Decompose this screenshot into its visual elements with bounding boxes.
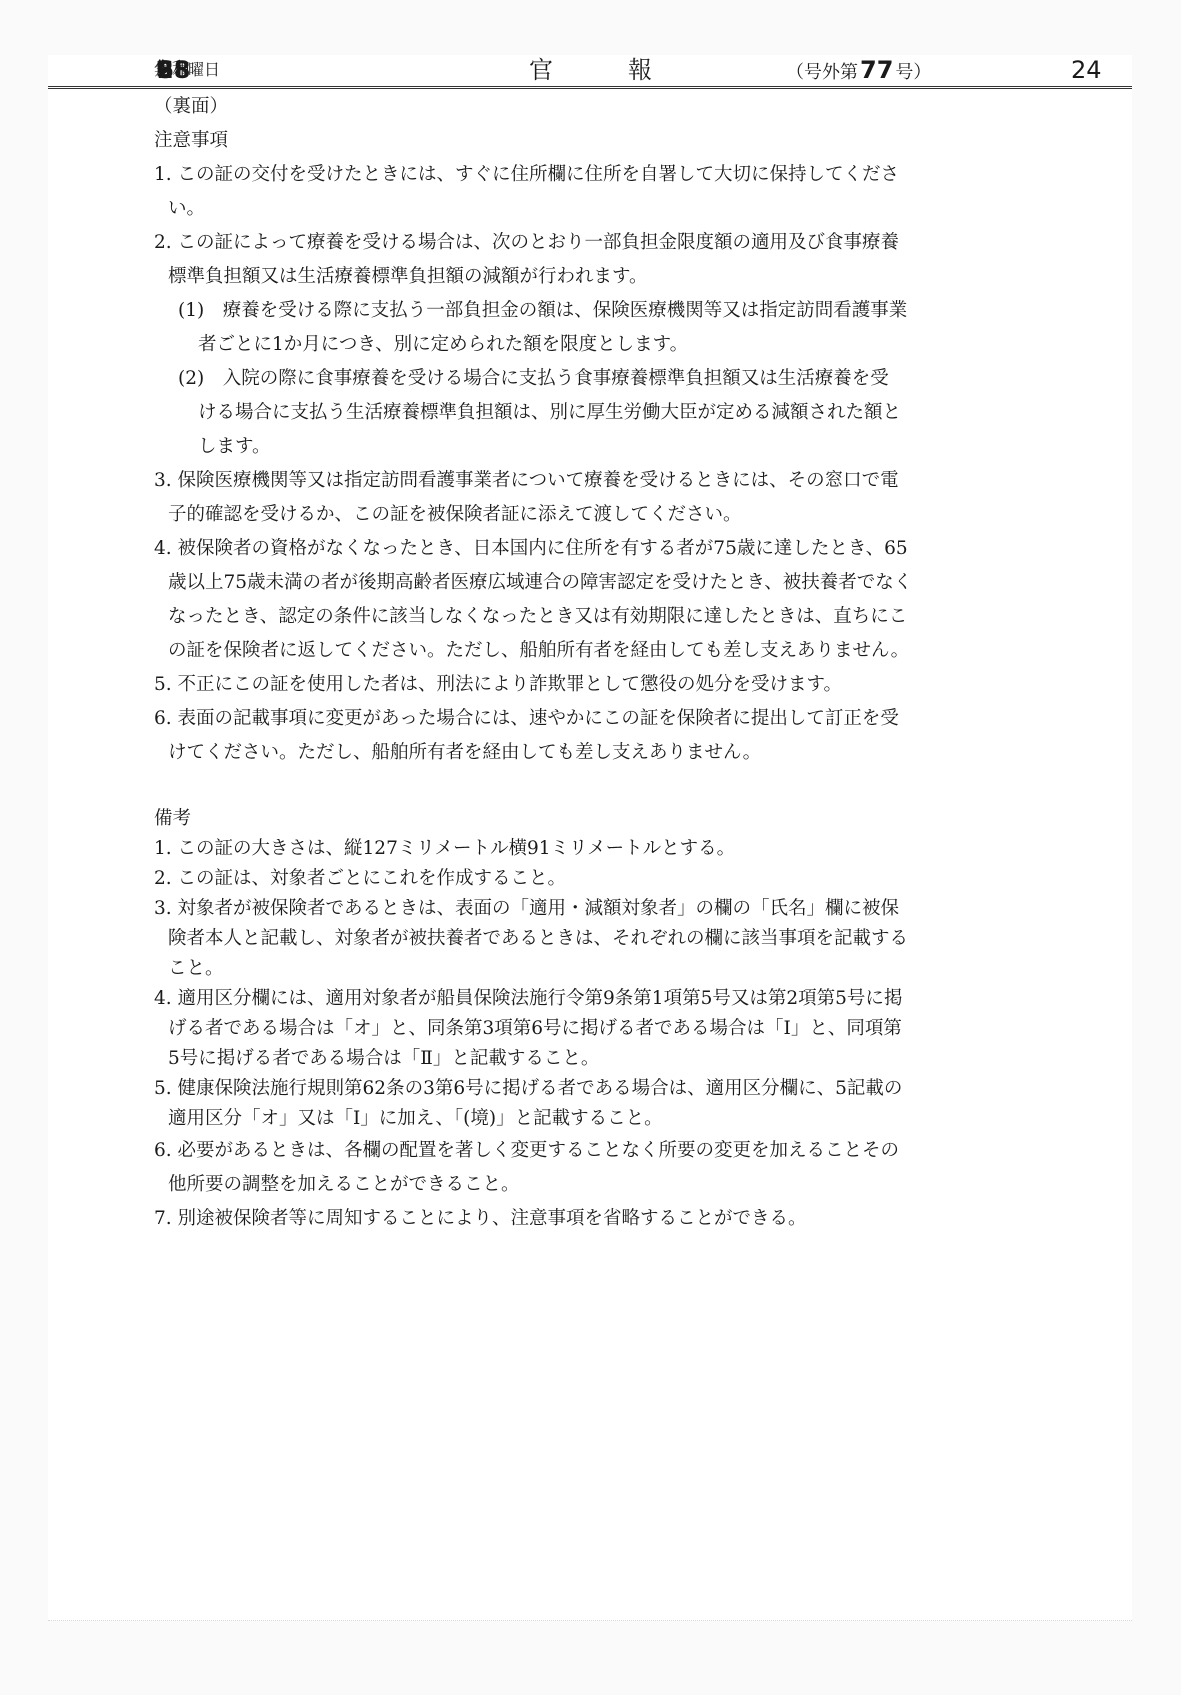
issue-prefix: （号外第: [786, 62, 858, 83]
caution-line: (2) 入院の際に食事療養を受ける場合に支払う食事療養標準負担額又は生活療養を受: [154, 362, 1034, 396]
caution-line: 標準負担額又は生活療養標準負担額の減額が行われます。: [154, 260, 1034, 294]
day-unit: 日: [154, 55, 172, 85]
remark-line: 6. 必要があるときは、各欄の配置を著しく変更することなく所要の変更を加えること…: [154, 1134, 1034, 1168]
caution-line: ける場合に支払う生活療養標準負担額は、別に厚生労働大臣が定める減額された額と: [154, 396, 1034, 430]
caution-line: 2. この証によって療養を受ける場合は、次のとおり一部負担金限度額の適用及び食事…: [154, 226, 1034, 260]
remark-line: 7. 別途被保険者等に周知することにより、注意事項を省略することができる。: [154, 1202, 1034, 1236]
caution-item-1: 1. この証の交付を受けたときには、すぐに住所欄に住所を自署して大切に保持してく…: [154, 158, 1034, 226]
caution-subitem-1: (1) 療養を受ける際に支払う一部負担金の額は、保険医療機関等又は指定訪問看護事…: [154, 294, 1034, 362]
issue-number: （号外第77号）: [786, 55, 931, 88]
caution-line: 3. 保険医療機関等又は指定訪問看護事業者について療養を受けるときには、その窓口…: [154, 464, 1034, 498]
caution-line: 1. この証の交付を受けたときには、すぐに住所欄に住所を自署して大切に保持してく…: [154, 158, 1034, 192]
caution-item-3: 3. 保険医療機関等又は指定訪問看護事業者について療養を受けるときには、その窓口…: [154, 464, 1034, 532]
issue-date: 令和6年3月28日 木曜日: [154, 55, 220, 85]
gazette-page: 令和6年3月28日 木曜日 官 報 （号外第77号） 24 （裏面） 注意事項 …: [48, 55, 1132, 1621]
caution-line: なったとき、認定の条件に該当しなくなったとき又は有効期限に達したときは、直ちにこ: [154, 600, 1034, 634]
caution-line: 者ごとに1か月につき、別に定められた額を限度とします。: [154, 328, 1034, 362]
caution-line: 歳以上75歳未満の者が後期高齢者医療広域連合の障害認定を受けたとき、被扶養者でな…: [154, 566, 1034, 600]
remark-item-7: 7. 別途被保険者等に周知することにより、注意事項を省略することができる。: [154, 1202, 1034, 1236]
caution-line: 4. 被保険者の資格がなくなったとき、日本国内に住所を有する者が75歳に達したと…: [154, 532, 1034, 566]
remark-item-6: 6. 必要があるときは、各欄の配置を著しく変更することなく所要の変更を加えること…: [154, 1134, 1034, 1202]
issue-number-value: 77: [858, 56, 895, 84]
remark-line: 2. この証は、対象者ごとにこれを作成すること。: [154, 864, 1034, 894]
remark-item-4: 4. 適用区分欄には、適用対象者が船員保険法施行令第9条第1項第5号又は第2項第…: [154, 984, 1034, 1074]
caution-item-6: 6. 表面の記載事項に変更があった場合には、速やかにこの証を保険者に提出して訂正…: [154, 702, 1034, 770]
document-body: （裏面） 注意事項 1. この証の交付を受けたときには、すぐに住所欄に住所を自署…: [154, 90, 1034, 1236]
remark-line: こと。: [154, 954, 1034, 984]
caution-line: 子的確認を受けるか、この証を被保険者証に添えて渡してください。: [154, 498, 1034, 532]
remarks-section: 備考 1. この証の大きさは、縦127ミリメートル横91ミリメートルとする。 2…: [154, 804, 1034, 1236]
caution-item-4: 4. 被保険者の資格がなくなったとき、日本国内に住所を有する者が75歳に達したと…: [154, 532, 1034, 668]
cautions-heading: 注意事項: [154, 124, 1034, 158]
remark-item-2: 2. この証は、対象者ごとにこれを作成すること。: [154, 864, 1034, 894]
cautions-section: 注意事項 1. この証の交付を受けたときには、すぐに住所欄に住所を自署して大切に…: [154, 124, 1034, 770]
section-gap: [154, 770, 1034, 804]
page-number: 24: [1071, 55, 1102, 85]
caution-item-5: 5. 不正にこの証を使用した者は、刑法により詐欺罪として懲役の処分を受けます。: [154, 668, 1034, 702]
remark-line: 5号に掲げる者である場合は「Ⅱ」と記載すること。: [154, 1044, 1034, 1074]
gazette-header: 令和6年3月28日 木曜日 官 報 （号外第77号） 24: [48, 55, 1132, 89]
caution-line: 6. 表面の記載事項に変更があった場合には、速やかにこの証を保険者に提出して訂正…: [154, 702, 1034, 736]
remark-line: 3. 対象者が被保険者であるときは、表面の「適用・減額対象者」の欄の「氏名」欄に…: [154, 894, 1034, 924]
remark-line: 険者本人と記載し、対象者が被扶養者であるときは、それぞれの欄に該当事項を記載する: [154, 924, 1034, 954]
remark-item-1: 1. この証の大きさは、縦127ミリメートル横91ミリメートルとする。: [154, 834, 1034, 864]
remark-item-3: 3. 対象者が被保険者であるときは、表面の「適用・減額対象者」の欄の「氏名」欄に…: [154, 894, 1034, 984]
gazette-title-left: 官: [529, 55, 553, 85]
caution-item-2: 2. この証によって療養を受ける場合は、次のとおり一部負担金限度額の適用及び食事…: [154, 226, 1034, 464]
side-label: （裏面）: [154, 90, 1034, 124]
caution-line: の証を保険者に返してください。ただし、船舶所有者を経由しても差し支えありません。: [154, 634, 1034, 668]
caution-line: します。: [154, 430, 1034, 464]
caution-line: (1) 療養を受ける際に支払う一部負担金の額は、保険医療機関等又は指定訪問看護事…: [154, 294, 1034, 328]
caution-line: 5. 不正にこの証を使用した者は、刑法により詐欺罪として懲役の処分を受けます。: [154, 668, 1034, 702]
remark-line: 他所要の調整を加えることができること。: [154, 1168, 1034, 1202]
remark-line: 適用区分「オ」又は「Ⅰ」に加え、「(境)」と記載すること。: [154, 1104, 1034, 1134]
caution-line: けてください。ただし、船舶所有者を経由しても差し支えありません。: [154, 736, 1034, 770]
caution-subitem-2: (2) 入院の際に食事療養を受ける場合に支払う食事療養標準負担額又は生活療養を受…: [154, 362, 1034, 464]
remark-line: げる者である場合は「オ」と、同条第3項第6号に掲げる者である場合は「Ⅰ」と、同項…: [154, 1014, 1034, 1044]
gazette-title-right: 報: [628, 55, 652, 85]
caution-line: い。: [154, 192, 1034, 226]
remark-line: 5. 健康保険法施行規則第62条の3第6号に掲げる者である場合は、適用区分欄に、…: [154, 1074, 1034, 1104]
remark-item-5: 5. 健康保険法施行規則第62条の3第6号に掲げる者である場合は、適用区分欄に、…: [154, 1074, 1034, 1134]
remark-line: 1. この証の大きさは、縦127ミリメートル横91ミリメートルとする。: [154, 834, 1034, 864]
issue-suffix: 号）: [895, 62, 931, 83]
remark-line: 4. 適用区分欄には、適用対象者が船員保険法施行令第9条第1項第5号又は第2項第…: [154, 984, 1034, 1014]
remarks-heading: 備考: [154, 804, 1034, 834]
